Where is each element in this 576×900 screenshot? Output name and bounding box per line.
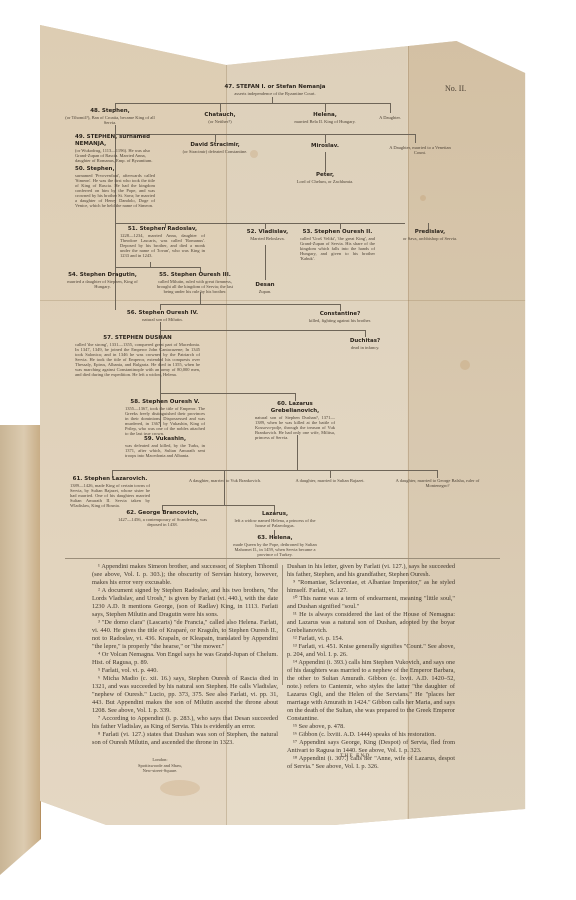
tree-node: Lazarus, left a widow named Helena, a pr…	[230, 511, 320, 528]
the-end-label: THE END.	[340, 753, 373, 759]
tree-connector	[390, 103, 391, 113]
tree-connector	[115, 134, 415, 135]
tree-node: 63. Helena, made Queen by the Pope, deth…	[230, 535, 320, 557]
tree-connector	[160, 393, 295, 394]
tree-connector	[437, 470, 438, 478]
tree-node: Helena, married Bela II. King of Hungary…	[280, 112, 370, 124]
tree-node: A daughter, married to George Balsha, ru…	[390, 478, 485, 488]
footnote: ⁷ According to Appendini (i. p. 283.), w…	[92, 715, 278, 731]
footnote: Dushan in his letter, given by Farlati (…	[287, 563, 455, 579]
footnotes-left-column: ¹ Appendini makes Simeon brother, and su…	[92, 563, 278, 747]
footnote: ¹¹ He is always considered the last of t…	[287, 611, 455, 635]
printer-imprint: London: Spottiswoode and Shaw, New-stree…	[100, 757, 220, 774]
footnote: ¹⁵ See above, p. 478.	[287, 723, 455, 731]
tree-connector	[224, 470, 225, 478]
tree-connector	[160, 304, 340, 305]
tree-node: 52. Vladislav, Married Beloslava.	[245, 229, 290, 241]
tree-node-root: 47. STEFAN I. or Stefan Nemanja asserts …	[205, 84, 345, 96]
tree-connector	[297, 435, 298, 470]
tree-node: 53. Stephen Ouresh II. called 'Uroš Veli…	[300, 229, 375, 261]
tree-connector	[340, 304, 341, 311]
footnote: ¹⁰ This name was a term of endearment, m…	[287, 595, 455, 611]
tree-node-lazarus: 60. Lazarus Grebelianovich, natural son …	[255, 401, 335, 440]
tree-node: A Daughter, married to a Venetian Count.	[385, 145, 455, 155]
tree-connector	[160, 330, 365, 331]
tree-node: 54. Stephen Dragutin, married a daughter…	[65, 272, 140, 289]
tree-node: 48. Stephen, (or Tihomil?), Ban of Croat…	[65, 108, 155, 125]
footnote: ⁵ Farlati, vol. vi. p. 440.	[92, 667, 278, 675]
tree-connector	[115, 223, 405, 224]
tree-node: 62. George Brancovich, 1427—1456, a cont…	[115, 510, 210, 527]
tree-connector	[224, 478, 225, 505]
footnote: ¹² Farlati, vi. p. 154.	[287, 635, 455, 643]
tree-connector	[325, 152, 326, 172]
tree-node: A Daughter.	[370, 115, 410, 120]
tree-node: Desan Zupan.	[245, 282, 285, 294]
tree-connector	[112, 470, 437, 471]
plate-number: No. II.	[445, 84, 466, 93]
tree-connector	[265, 245, 266, 280]
tree-node-stephen-nemanja: 49. STEPHEN, surnamed NEMANJA, (or Wukod…	[75, 134, 155, 163]
tree-node: 61. Stephen Lazarovich. 1389—1426, made …	[70, 476, 150, 508]
tree-connector	[115, 103, 390, 104]
footnote: ² A document signed by Stephen Radoslav,…	[92, 587, 278, 619]
footnote-rule	[65, 558, 500, 559]
footnote: ¹⁶ Gibbon (c. lxviii. A.D. 1444) speaks …	[287, 731, 455, 739]
footnote: ⁴ Or Volcan Nemagna. Von Engel says he w…	[92, 651, 278, 667]
column-separator	[282, 565, 283, 685]
tree-node: Predislav, or Sava, archbishop of Servia…	[400, 229, 460, 241]
tree-connector	[162, 505, 274, 506]
tree-node: Peter, Lord of Chelum, or Zachlumia.	[290, 172, 360, 184]
tree-node: Constantine? killed, fighting against hi…	[295, 311, 385, 323]
tree-connector	[200, 292, 201, 304]
tree-node: 50. Stephen, surnamed 'Prvovenčani', aft…	[75, 166, 155, 208]
footnote: ⁸ Farlati (vi. 127.) states that Dushan …	[92, 731, 278, 747]
tree-node: David Stracimir, (or Stracimir) defeated…	[175, 142, 255, 154]
tree-node: Chatauch, (or Neither?)	[195, 112, 245, 124]
tree-node: Duchitas? dead in infancy.	[340, 338, 390, 350]
tree-node: 59. Vukashin, was defeated and killed, b…	[125, 436, 205, 458]
tree-node: 56. Stephen Ouresh IV. natural son of Mi…	[120, 310, 205, 322]
footnote: ⁶ Micha Madio (c. xii. 16.) says, Stephe…	[92, 675, 278, 715]
footnote: ⁹ "Romaniae, Sclavoniae, et Albaniae Imp…	[287, 579, 455, 595]
footnote: ¹³ Farlati, vi. 451. Knise generally sig…	[287, 643, 455, 659]
footnotes-right-column: Dushan in his letter, given by Farlati (…	[287, 563, 455, 771]
tree-node: A daughter, married to Sultan Bajazet.	[290, 478, 370, 483]
tree-node: A daughter, married to Vuk Brankovich.	[180, 478, 270, 483]
tree-connector	[325, 103, 326, 112]
footnote: ¹⁴ Appendini (i. 393.) calls him Stephen…	[287, 659, 455, 723]
tree-node: 51. Stephen Radoslav, 1228—1234, married…	[120, 226, 205, 258]
tree-connector	[325, 134, 326, 143]
tree-node: 58. Stephen Ouresh V. 1355—1367, took th…	[125, 399, 205, 436]
tree-node: 55. Stephen Ouresh III. called Milutin, …	[155, 272, 235, 294]
footnote: ¹ Appendini makes Simeon brother, and su…	[92, 563, 278, 587]
tree-node: Miroslav.	[305, 143, 345, 150]
tree-connector	[115, 267, 200, 268]
tree-node-stephen-dushan: 57. STEPHEN DUSHAN called 'the strong', …	[75, 335, 200, 377]
tree-connector	[330, 470, 331, 478]
tree-connector	[220, 103, 221, 112]
tree-connector	[365, 330, 366, 337]
tree-connector	[215, 134, 216, 142]
footnote: ³ "De domo clara" (Lascaris) "de Francia…	[92, 619, 278, 651]
tree-connector	[295, 393, 296, 401]
tree-connector	[415, 134, 416, 143]
